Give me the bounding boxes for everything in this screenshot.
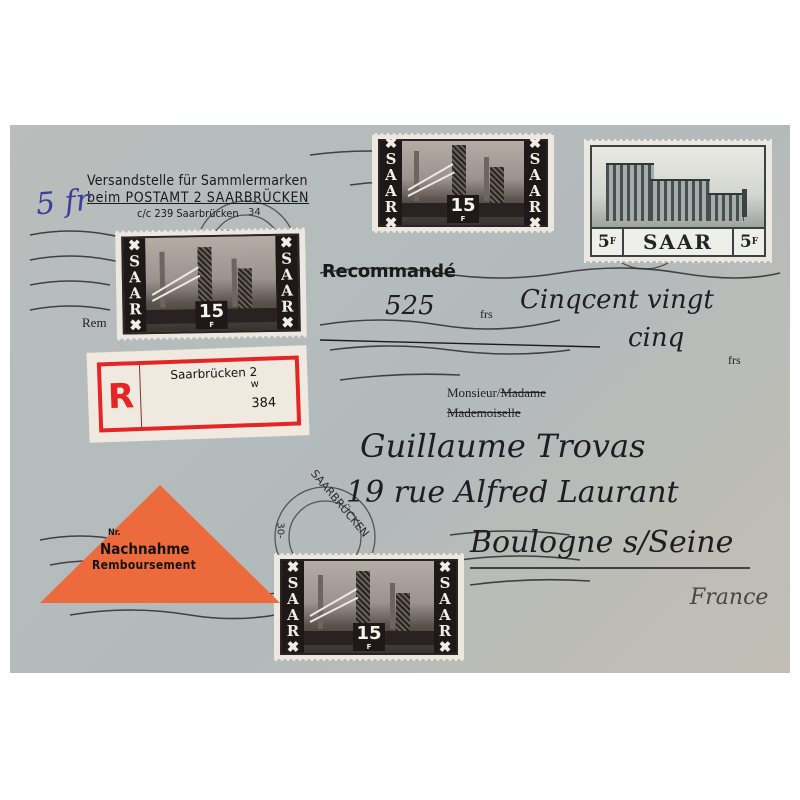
stamp-15f-top: ✖SAAR✖ 15F ✖SAAR✖ xyxy=(372,133,554,233)
postmark-fragment: 34 xyxy=(248,207,261,218)
stamp-value: 15 xyxy=(356,623,381,644)
currency-label-2: frs xyxy=(728,353,741,368)
envelope: Versandstelle für Sammlermarken beim POS… xyxy=(10,125,790,673)
recipient-street: 19 rue Alfred Laurant xyxy=(346,475,679,510)
sender-address: Versandstelle für Sammlermarken beim POS… xyxy=(87,173,309,220)
registration-label: R Saarbrücken 2 w 384 xyxy=(86,345,309,443)
mine-headframe-illustration: 15F xyxy=(402,141,524,225)
registration-letter: R xyxy=(101,365,142,428)
building-illustration xyxy=(592,147,764,227)
amount-words-line-2: cinq xyxy=(628,323,684,353)
rem-prefix: Rem xyxy=(82,315,107,331)
stamp-15f-left: ✖SAAR✖ 15F ✖SAAR✖ xyxy=(115,227,307,340)
mine-headframe-illustration: 15F xyxy=(145,236,277,332)
currency-label: frs xyxy=(480,307,493,322)
stamp-5f-building: 5F SAAR 5F xyxy=(584,139,772,263)
pencil-note: 5 fr xyxy=(35,183,92,223)
sender-line-3: c/c 239 Saarbrücken xyxy=(137,207,309,220)
stamp-side-left: ✖SAAR✖ xyxy=(380,141,402,225)
amount-words-line-1: Cinqcent vingt xyxy=(520,285,714,315)
stamp-15f-bottom: ✖SAAR✖ 15F ✖SAAR✖ xyxy=(274,553,464,661)
registration-sub: w xyxy=(251,378,296,391)
recommande-label: Recommandé xyxy=(322,261,456,282)
sender-line-1: Versandstelle für Sammlermarken xyxy=(87,173,309,189)
salutation-struck: Mademoiselle xyxy=(447,405,521,421)
nachnahme-text: Nr. Nachnahme Remboursement xyxy=(100,528,196,572)
amount-number: 525 xyxy=(385,291,435,321)
stamp-country: SAAR xyxy=(622,229,734,255)
stamp-value: 15 xyxy=(199,301,224,322)
recipient-name: Guillaume Trovas xyxy=(360,427,646,465)
stamp-side-right: ✖SAAR✖ xyxy=(524,141,546,225)
mine-headframe-illustration: 15F xyxy=(304,561,434,653)
stamp-value: 15 xyxy=(450,195,475,216)
recipient-country: France xyxy=(690,585,768,610)
postmark-date: 30- xyxy=(275,522,286,538)
sender-line-2: beim POSTAMT 2 SAARBRÜCKEN xyxy=(87,190,309,206)
salutation: Monsieur/Madame xyxy=(447,385,546,401)
registration-number: 384 xyxy=(251,395,296,412)
recipient-city: Boulogne s/Seine xyxy=(470,525,733,560)
stamp-value: 5 xyxy=(598,232,610,252)
